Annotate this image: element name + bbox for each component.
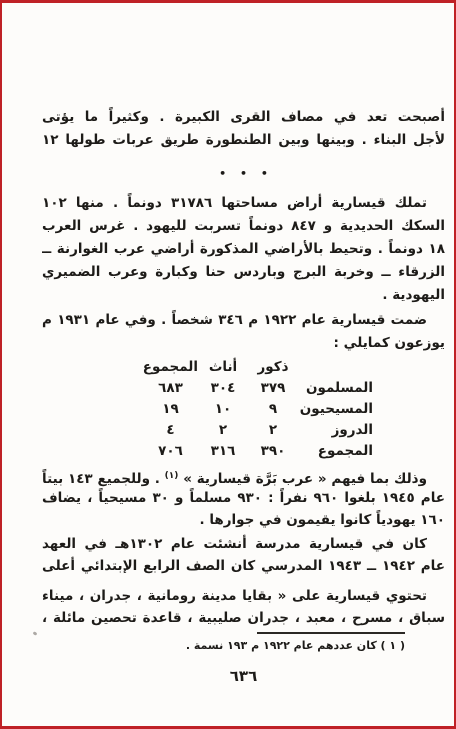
cell-total: ١٩ — [143, 399, 198, 420]
paragraph-census-intro: ضمت قيسارية عام ١٩٢٢ م ٣٤٦ شخصاً . وفي ع… — [42, 309, 445, 355]
footnote-text: ( ١ ) كان عددهم عام ١٩٢٢ م ١٩٣ نسمة . — [42, 638, 405, 653]
row-label: المسلمون — [298, 378, 373, 399]
paragraph-arab-barra: وذلك بما فيهم « عرب بَرَّة قيسارية » (١)… — [42, 465, 445, 531]
paragraph-line: كان في قيسارية مدرسة أنشئت عام ١٣٠٢هـ في… — [42, 533, 445, 555]
paragraph-line: ١٦٠ يهودياً كانوا يقيمون في جوارها . — [42, 509, 445, 531]
column-header-females: أناث — [198, 357, 248, 378]
text-column: أصبحت تعد في مصاف القرى الكبيرة . وكثيرا… — [2, 3, 454, 726]
page-number: ٦٣٦ — [42, 667, 445, 685]
paragraph-village-intro: أصبحت تعد في مصاف القرى الكبيرة . وكثيرا… — [42, 106, 445, 152]
paragraph-line: وذلك بما فيهم « عرب بَرَّة قيسارية » (١)… — [42, 465, 445, 487]
cell-males: ٩ — [248, 399, 298, 420]
cell-total: ٦٨٣ — [143, 378, 198, 399]
paragraph-land-area: تملك قيسارية أراض مساحتها ٣١٧٨٦ دونماً .… — [42, 192, 445, 307]
table-row-druze: الدروز ٢ ٢ ٤ — [143, 420, 373, 441]
paragraph-line: ضمت قيسارية عام ١٩٢٢ م ٣٤٦ شخصاً . وفي ع… — [42, 309, 445, 332]
paragraph-line: عام ١٩٤٢ ــ ١٩٤٣ المدرسي كان الصف الرابع… — [42, 555, 445, 577]
cell-total: ٧٠٦ — [143, 441, 198, 462]
cell-males: ٢ — [248, 420, 298, 441]
footnote-divider-rule — [257, 632, 405, 634]
cell-females: ١٠ — [198, 399, 248, 420]
paragraph-line: أصبحت تعد في مصاف القرى الكبيرة . وكثيرا… — [42, 106, 445, 129]
table-row-total: المجموع ٣٩٠ ٣١٦ ٧٠٦ — [143, 441, 373, 462]
table-row-christians: المسيحيون ٩ ١٠ ١٩ — [143, 399, 373, 420]
column-header-males: ذكور — [248, 357, 298, 378]
line-text: وذلك بما فيهم « عرب بَرَّة قيسارية » — [178, 471, 427, 487]
paragraph-line: سباق ، مسرح ، معبد ، جدران صليبية ، قاعد… — [42, 607, 445, 629]
footnote-marker: (١) — [165, 471, 179, 481]
row-label: الدروز — [298, 420, 373, 441]
column-header-total: المجموع — [143, 357, 198, 378]
paragraph-line: الزرقاء ــ وخربة البرج وباردس حنا وكبارة… — [42, 261, 445, 284]
table-row-muslims: المسلمون ٣٧٩ ٣٠٤ ٦٨٣ — [143, 378, 373, 399]
cell-females: ٢ — [198, 420, 248, 441]
row-label: المسيحيون — [298, 399, 373, 420]
cell-females: ٣١٦ — [198, 441, 248, 462]
paragraph-line: تحتوي قيسارية على « بقايا مدينة رومانية … — [42, 585, 445, 607]
row-label: المجموع — [298, 441, 373, 462]
paragraph-ruins: تحتوي قيسارية على « بقايا مدينة رومانية … — [42, 585, 445, 629]
cell-females: ٣٠٤ — [198, 378, 248, 399]
paragraph-line: عام ١٩٤٥ بلغوا ٩٦٠ نفراً : ٩٣٠ مسلماً و … — [42, 487, 445, 509]
population-table: ذكور أناث المجموع المسلمون ٣٧٩ ٣٠٤ ٦٨٣ ا… — [143, 357, 373, 462]
paragraph-line: اليهودية . — [42, 284, 445, 307]
table-header-row: ذكور أناث المجموع — [143, 357, 373, 378]
cell-males: ٣٩٠ — [248, 441, 298, 462]
paragraph-school: كان في قيسارية مدرسة أنشئت عام ١٣٠٢هـ في… — [42, 533, 445, 577]
header-empty-cell — [298, 357, 373, 378]
paragraph-line: ١٨ دونماً . وتحيط بالأراضي المذكورة أراض… — [42, 238, 445, 261]
section-separator-dots: • • • — [42, 166, 445, 182]
paragraph-line: يوزعون كمايلي : — [42, 332, 445, 355]
cell-total: ٤ — [143, 420, 198, 441]
paragraph-line: السكك الحديدية و ٨٤٧ دونماً تسربت لليهود… — [42, 215, 445, 238]
paragraph-line: تملك قيسارية أراض مساحتها ٣١٧٨٦ دونماً .… — [42, 192, 445, 215]
scanned-book-page: أصبحت تعد في مصاف القرى الكبيرة . وكثيرا… — [0, 0, 456, 729]
paragraph-line: لأجل البناء . وبينها وبين الطنطورة طريق … — [42, 129, 445, 152]
cell-males: ٣٧٩ — [248, 378, 298, 399]
